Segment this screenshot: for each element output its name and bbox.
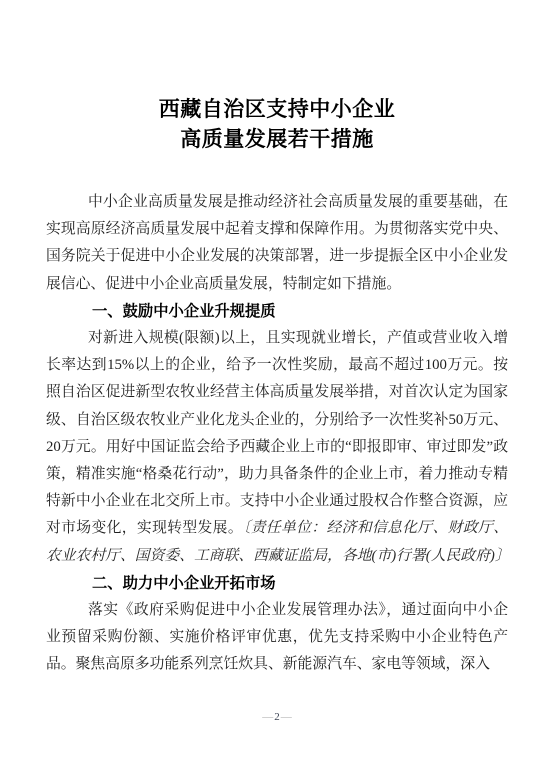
- page-footer: —2—: [0, 710, 554, 724]
- footer-dash-right: —: [281, 711, 292, 723]
- footer-dash-left: —: [262, 711, 273, 723]
- intro-paragraph: 中小企业高质量发展是推动经济社会高质量发展的重要基础，在实现高原经济高质量发展中…: [46, 189, 508, 298]
- document-title-line-1: 西藏自治区支持中小企业: [46, 94, 508, 124]
- document-body: 中小企业高质量发展是推动经济社会高质量发展的重要基础，在实现高原经济高质量发展中…: [46, 189, 508, 679]
- section-1-body-text: 对新进入规模(限额)以上，且实现就业增长，产值或营业收入增长率达到15%以上的企…: [46, 330, 508, 536]
- document-title-line-2: 高质量发展若干措施: [46, 124, 508, 154]
- section-2-paragraph: 落实《政府采购促进中小企业发展管理办法》，通过面向中小企业预留采购份额、实施价格…: [46, 597, 508, 679]
- section-1-paragraph: 对新进入规模(限额)以上，且实现就业增长，产值或营业收入增长率达到15%以上的企…: [46, 325, 508, 570]
- document-page: 西藏自治区支持中小企业 高质量发展若干措施 中小企业高质量发展是推动经济社会高质…: [0, 0, 554, 781]
- section-2-heading: 二、助力中小企业开拓市场: [46, 570, 508, 597]
- section-1-heading: 一、鼓励中小企业升规提质: [46, 298, 508, 325]
- document-title: 西藏自治区支持中小企业 高质量发展若干措施: [46, 94, 508, 154]
- page-number: 2: [274, 711, 280, 723]
